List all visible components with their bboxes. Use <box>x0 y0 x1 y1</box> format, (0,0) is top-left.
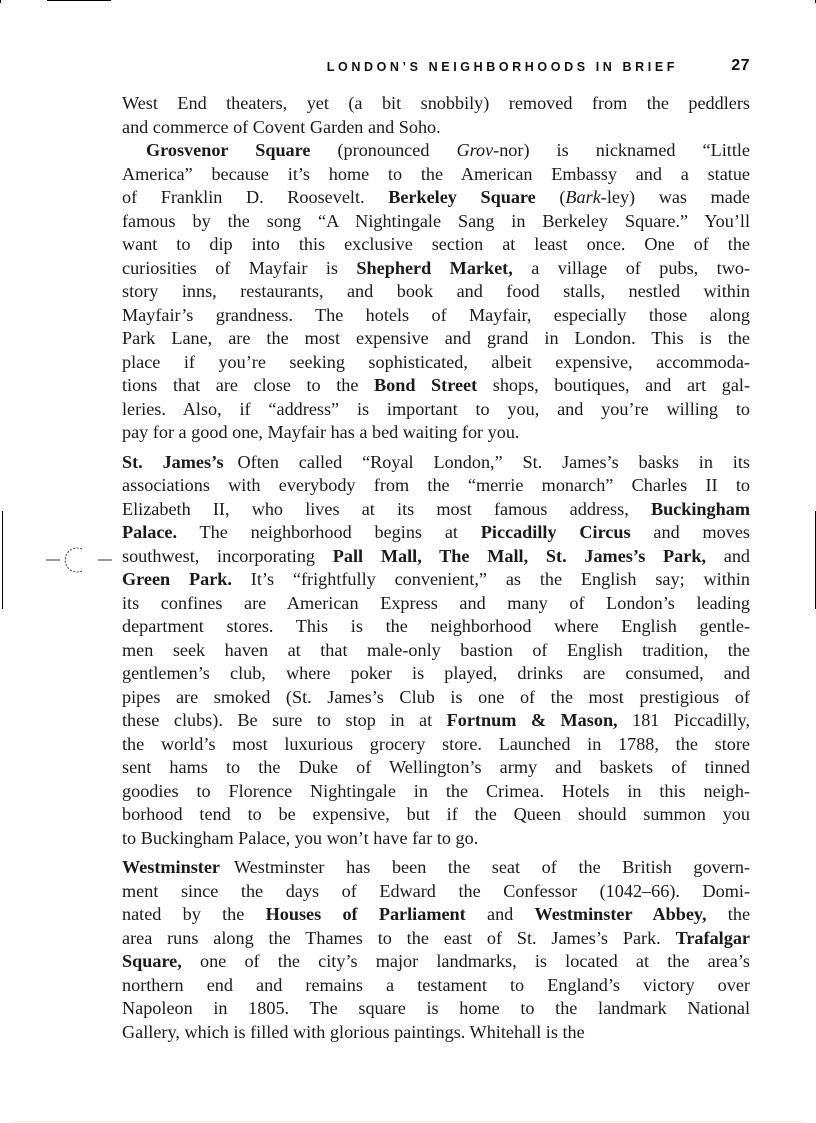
italic-pronunciation: Grov <box>456 140 493 160</box>
text-line: goodies to Florence Nightingale in the C… <box>122 780 750 804</box>
text-line: pay for a good one, Mayfair has a bed wa… <box>122 421 750 445</box>
text-run: Westminster has been the seat of the Bri… <box>234 857 750 877</box>
text-line: to Buckingham Palace, you won’t have far… <box>122 827 750 851</box>
text-line: pipes are smoked (St. James’s Club is on… <box>122 686 750 710</box>
bold-term: Pall Mall, The Mall, St. James’s Park, <box>333 546 706 566</box>
text-line: curiosities of Mayfair is Shepherd Marke… <box>122 257 750 281</box>
crop-mark-top-left <box>0 0 1 3</box>
text-line: leries. Also, if “address” is important … <box>122 398 750 422</box>
text-run: a village of pubs, two- <box>513 258 750 278</box>
text-line: ment since the days of Edward the Confes… <box>122 880 750 904</box>
text-line: want to dip into this exclusive section … <box>122 233 750 257</box>
text-run: ment since the days of Edward the Confes… <box>122 881 750 901</box>
text-line: Grosvenor Square (pronounced Grov-nor) i… <box>122 139 750 163</box>
text-run: one of the city’s major landmarks, is lo… <box>182 951 750 971</box>
section-heading: St. James’s <box>122 452 224 472</box>
bold-term: Berkeley Square <box>388 187 536 207</box>
text-run: pay for a good one, Mayfair has a bed wa… <box>122 422 519 442</box>
text-run: men seek haven at that male-only bastion… <box>122 640 750 660</box>
text-line: sent hams to the Duke of Wellington’s ar… <box>122 756 750 780</box>
text-run: want to dip into this exclusive section … <box>122 234 750 254</box>
body-text: West End theaters, yet (a bit snobbily) … <box>122 92 750 1044</box>
text-line: Palace. The neighborhood begins at Picca… <box>122 521 750 545</box>
text-run: southwest, incorporating <box>122 546 333 566</box>
text-line: America” because it’s home to the Americ… <box>122 163 750 187</box>
text-line: story inns, restaurants, and book and fo… <box>122 280 750 304</box>
text-line: these clubs). Be sure to stop in at Fort… <box>122 709 750 733</box>
text-run: and <box>706 546 750 566</box>
bold-term: Square, <box>122 951 182 971</box>
text-run: to Buckingham Palace, you won’t have far… <box>122 828 478 848</box>
text-run: borhood tend to be expensive, but if the… <box>122 804 750 824</box>
text-run: -ley) was made <box>601 187 750 207</box>
bold-term: Trafalgar <box>676 928 750 948</box>
text-run: department stores. This is the neighborh… <box>122 616 750 636</box>
text-line: southwest, incorporating Pall Mall, The … <box>122 545 750 569</box>
bold-term: Buckingham <box>651 499 750 519</box>
paragraph-st-jamess: St. James’sOften called “Royal London,” … <box>122 451 750 851</box>
bold-term: Grosvenor Square <box>146 140 310 160</box>
bold-term: Shepherd Market, <box>356 258 512 278</box>
text-run: nated by the <box>122 904 266 924</box>
paragraph-grosvenor-square: Grosvenor Square (pronounced Grov-nor) i… <box>122 139 750 445</box>
text-line: borhood tend to be expensive, but if the… <box>122 803 750 827</box>
text-run: gentlemen’s club, where poker is played,… <box>122 663 750 683</box>
text-run: (pronounced <box>310 140 456 160</box>
text-line: associations with everybody from the “me… <box>122 474 750 498</box>
paragraph-west-end-continuation: West End theaters, yet (a bit snobbily) … <box>122 92 750 139</box>
text-line: Elizabeth II, who lives at its most famo… <box>122 498 750 522</box>
italic-pronunciation: Bark <box>565 187 600 207</box>
text-line: Green Park. It’s “frightfully convenient… <box>122 568 750 592</box>
binding-mark-left <box>2 511 3 609</box>
text-run: place if you’re seeking sophisticated, a… <box>122 352 750 372</box>
text-line: Park Lane, are the most expensive and gr… <box>122 327 750 351</box>
text-line: men seek haven at that male-only bastion… <box>122 639 750 663</box>
text-run: famous by the song “A Nightingale Sang i… <box>122 211 750 231</box>
section-heading: Westminster <box>122 857 220 877</box>
text-run: the <box>707 904 750 924</box>
text-line: Gallery, which is filled with glorious p… <box>122 1021 750 1045</box>
text-run: It’s “frightfully convenient,” as the En… <box>232 569 750 589</box>
text-line: gentlemen’s club, where poker is played,… <box>122 662 750 686</box>
running-head-title: LONDON’S NEIGHBORHOODS IN BRIEF <box>327 60 678 74</box>
crop-mark-top <box>47 0 111 1</box>
text-run: Mayfair’s grandness. The hotels of Mayfa… <box>122 305 750 325</box>
text-run: curiosities of Mayfair is <box>122 258 356 278</box>
text-run: West End theaters, yet (a bit snobbily) … <box>122 93 750 113</box>
text-run: tions that are close to the <box>122 375 374 395</box>
text-line: northern end and remains a testament to … <box>122 974 750 998</box>
text-run: and commerce of Covent Garden and Soho. <box>122 117 441 137</box>
text-line: tions that are close to the Bond Street … <box>122 374 750 398</box>
text-run: Often called “Royal London,” St. James’s… <box>238 452 750 472</box>
text-run: and <box>466 904 535 924</box>
text-line: the world’s most luxurious grocery store… <box>122 733 750 757</box>
text-run: -nor) is nicknamed “Little <box>493 140 750 160</box>
text-line: department stores. This is the neighborh… <box>122 615 750 639</box>
bold-term: Fortnum & Mason, <box>447 710 618 730</box>
text-run: Gallery, which is filled with glorious p… <box>122 1022 585 1042</box>
paragraph-westminster: WestminsterWestminster has been the seat… <box>122 856 750 1044</box>
text-line: of Franklin D. Roosevelt. Berkeley Squar… <box>122 186 750 210</box>
bold-term: Green Park. <box>122 569 232 589</box>
text-run: America” because it’s home to the Americ… <box>122 164 750 184</box>
text-run: northern end and remains a testament to … <box>122 975 750 995</box>
text-line: place if you’re seeking sophisticated, a… <box>122 351 750 375</box>
text-run: Park Lane, are the most expensive and gr… <box>122 328 750 348</box>
text-run: story inns, restaurants, and book and fo… <box>122 281 750 301</box>
text-run: Napoleon in 1805. The square is home to … <box>122 998 750 1018</box>
text-run: and moves <box>631 522 750 542</box>
text-run: The neighborhood begins at <box>177 522 481 542</box>
text-run: area runs along the Thames to the east o… <box>122 928 676 948</box>
text-run: shops, boutiques, and art gal- <box>477 375 750 395</box>
bottom-trim-line <box>13 1121 803 1122</box>
text-run: of Franklin D. Roosevelt. <box>122 187 388 207</box>
running-head: LONDON’S NEIGHBORHOODS IN BRIEF 27 <box>122 57 750 77</box>
bold-term: Westminster Abbey, <box>535 904 707 924</box>
text-line: and commerce of Covent Garden and Soho. <box>122 116 750 140</box>
text-line: Napoleon in 1805. The square is home to … <box>122 997 750 1021</box>
bold-term: Houses of Parliament <box>266 904 466 924</box>
bold-term: Piccadilly Circus <box>481 522 631 542</box>
text-line: Square, one of the city’s major landmark… <box>122 950 750 974</box>
text-run: associations with everybody from the “me… <box>122 475 750 495</box>
registration-mark-icon <box>46 540 112 580</box>
text-line: West End theaters, yet (a bit snobbily) … <box>122 92 750 116</box>
text-run: leries. Also, if “address” is important … <box>122 399 750 419</box>
bold-term: Bond Street <box>374 375 477 395</box>
text-line: famous by the song “A Nightingale Sang i… <box>122 210 750 234</box>
text-run: the world’s most luxurious grocery store… <box>122 734 750 754</box>
text-line: WestminsterWestminster has been the seat… <box>122 856 750 880</box>
text-line: nated by the Houses of Parliament and We… <box>122 903 750 927</box>
bold-term: Palace. <box>122 522 177 542</box>
text-run: Elizabeth II, who lives at its most famo… <box>122 499 651 519</box>
text-run: its confines are American Express and ma… <box>122 593 750 613</box>
text-run: goodies to Florence Nightingale in the C… <box>122 781 750 801</box>
text-run: these clubs). Be sure to stop in at <box>122 710 447 730</box>
text-line: its confines are American Express and ma… <box>122 592 750 616</box>
text-run: pipes are smoked (St. James’s Club is on… <box>122 687 750 707</box>
text-run: ( <box>536 187 566 207</box>
text-line: St. James’sOften called “Royal London,” … <box>122 451 750 475</box>
text-line: Mayfair’s grandness. The hotels of Mayfa… <box>122 304 750 328</box>
text-run: sent hams to the Duke of Wellington’s ar… <box>122 757 750 777</box>
text-line: area runs along the Thames to the east o… <box>122 927 750 951</box>
text-run: 181 Piccadilly, <box>618 710 750 730</box>
page-number: 27 <box>731 57 750 75</box>
